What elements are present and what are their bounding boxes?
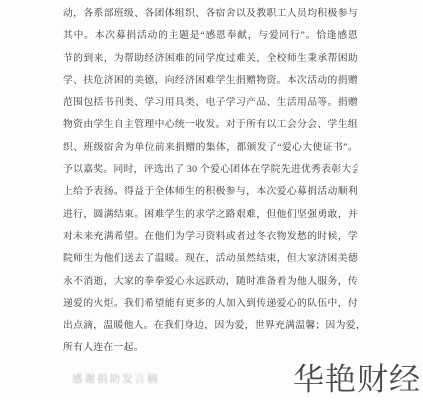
- text-line: 予以嘉奖。同时，评选出了 30 个爱心团体在学院先进优秀表彰大会: [63, 159, 358, 181]
- text-line: 织、班级宿舍为单位前来捐赠的集体，都颁发了“爱心大使证书”。: [63, 137, 358, 159]
- text-line: 动，各系部班级、各团体组织、各宿舍以及教职工人员均积极参与: [63, 3, 358, 25]
- site-watermark: 华艳财经: [293, 354, 421, 399]
- document-text-block: 动，各系部班级、各团体组织、各宿舍以及教职工人员均积极参与 其中。本次募捐活动的…: [63, 3, 358, 360]
- text-line: 节的到来，为帮助经济困难的同学度过难关，全校师生秉承帮困助: [63, 48, 358, 70]
- text-line: 物资由学生自主管理中心统一收发。对于所有以工会分会、学生组: [63, 114, 358, 136]
- text-line: 上给予表扬。得益于全体师生的积极参与，本次爱心募捐活动顺利: [63, 181, 358, 203]
- text-line: 递爱的火炬。我们希望能有更多的人加入到传递爱心的队伍中，付: [63, 293, 358, 315]
- text-line: 学、扶危济困的美德，向经济困难学生捐赠物资。本次活动的捐赠: [63, 70, 358, 92]
- text-line: 进行，圆满结束。困难学生的求学之路艰难，但他们坚强勇敢，并: [63, 204, 358, 226]
- document-footnote: 感谢捐助发言稿: [72, 371, 160, 386]
- text-line: 范围包括书刊类、学习用具类、电子学习产品、生活用品等。捐赠: [63, 92, 358, 114]
- text-line: 永不消逝，大家的拳拳爱心永远跃动，随时准备着为他人服务，传: [63, 271, 358, 293]
- text-line: 对未来充满希望。在他们为学习资料或者过冬衣物发愁的时候，学: [63, 226, 358, 248]
- text-line: 院师生为他们送去了温暖。现在，活动虽然结束，但大家济困美德: [63, 248, 358, 270]
- text-line: 出点滴，温暖他人。在我们身边，因为爱，世界充满温馨；因为爱，: [63, 315, 358, 337]
- document-page: 动，各系部班级、各团体组织、各宿舍以及教职工人员均积极参与 其中。本次募捐活动的…: [0, 0, 423, 400]
- text-line: 其中。本次募捐活动的主题是“感恩奉献，与爱同行”。恰逢感恩: [63, 25, 358, 47]
